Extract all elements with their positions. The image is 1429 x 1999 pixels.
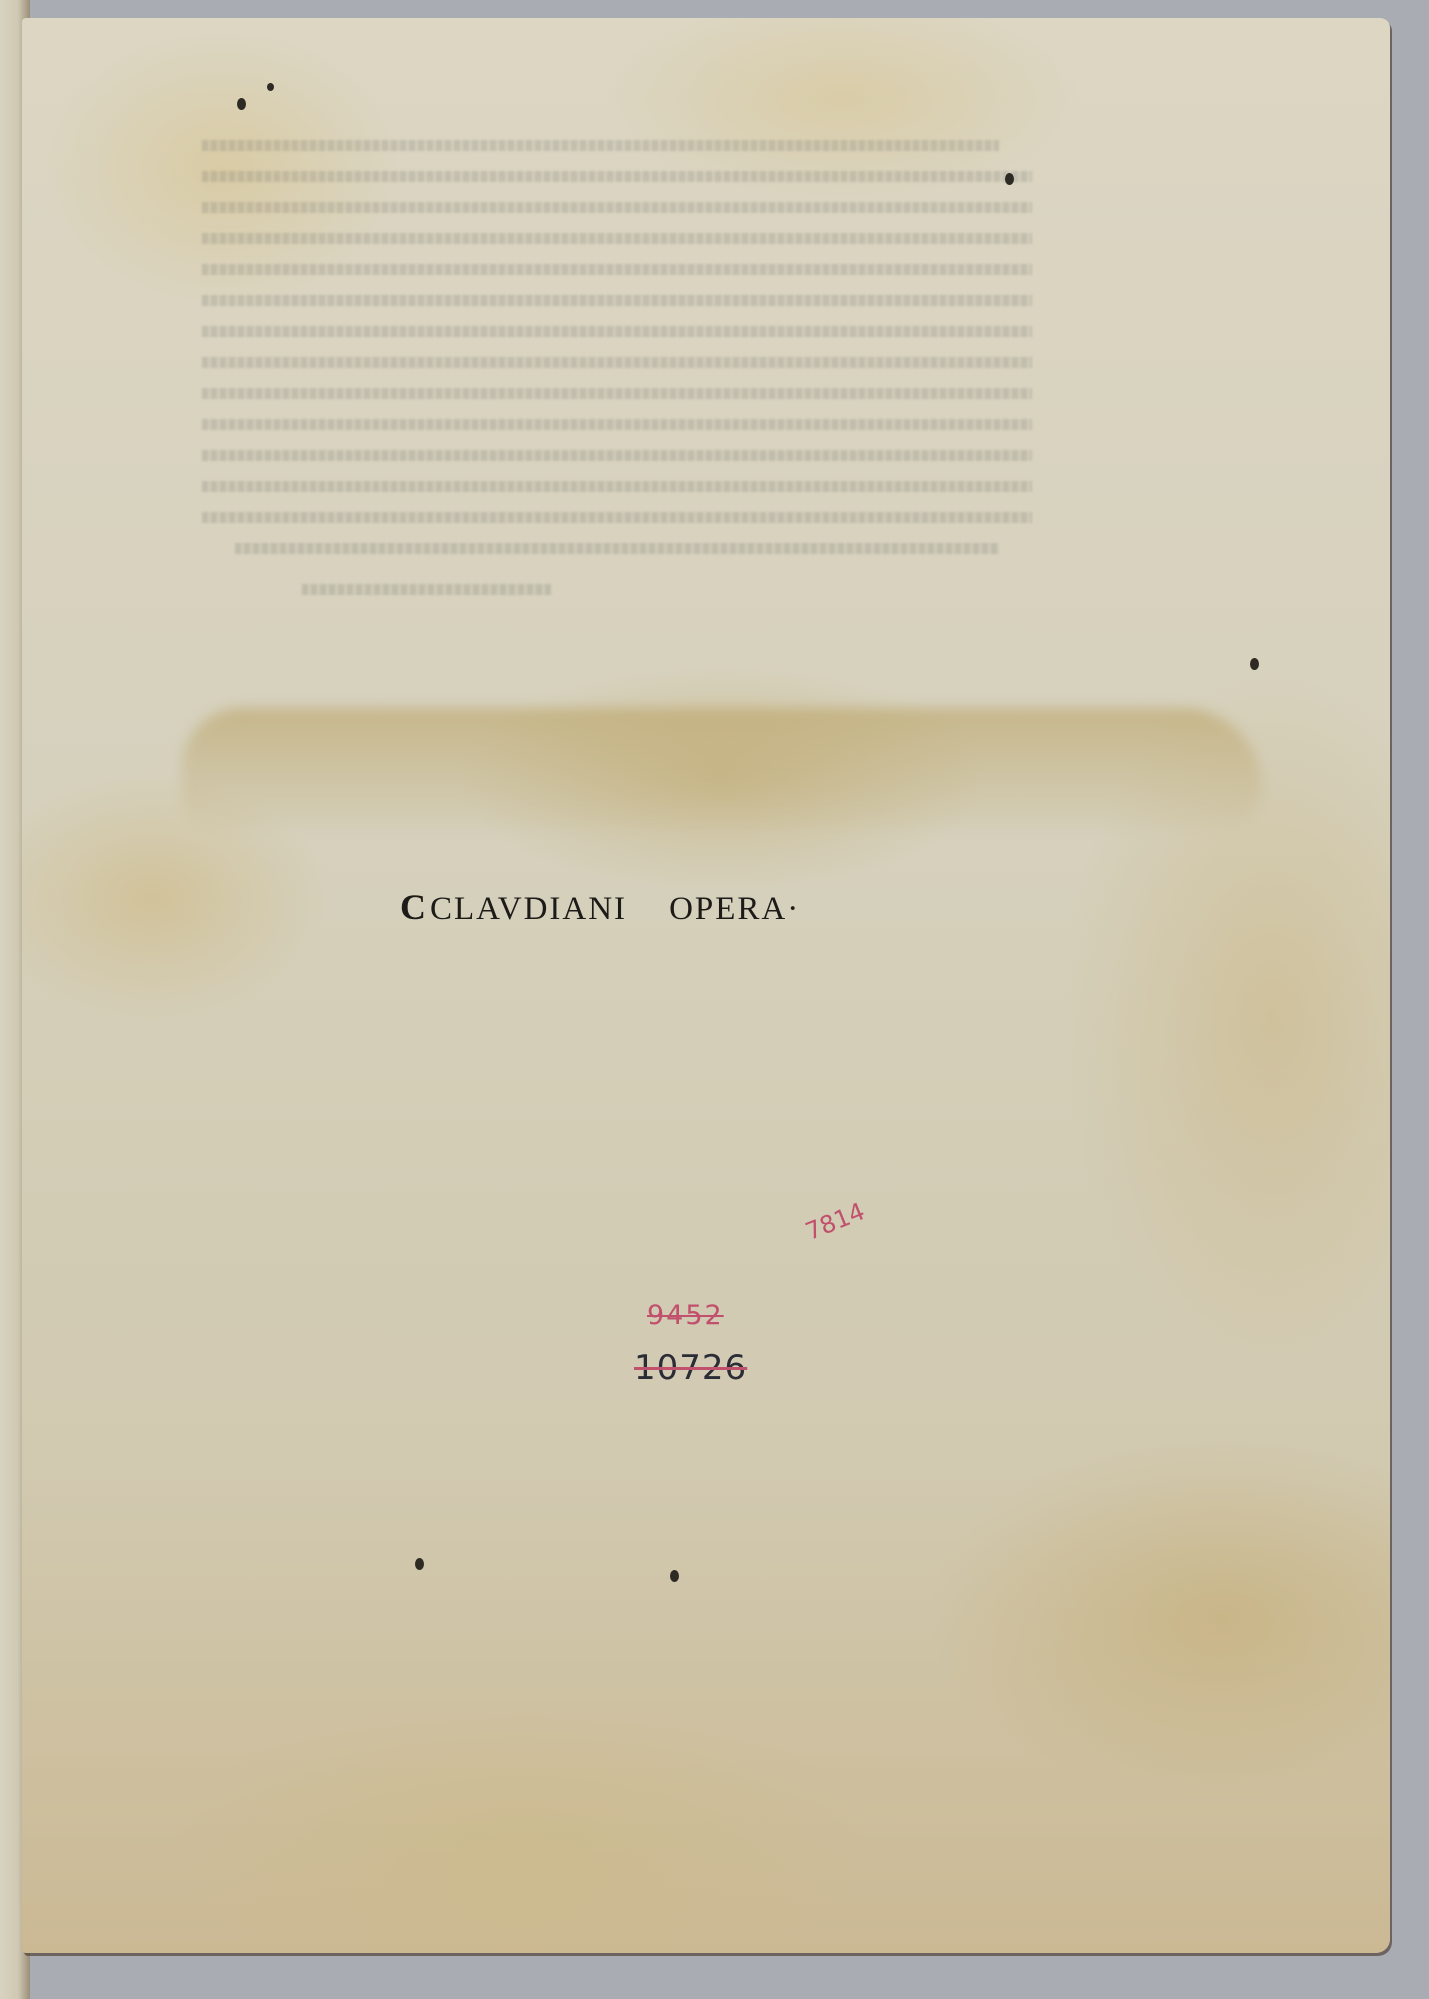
show-through-text-block: [202, 140, 1032, 615]
wormhole: [415, 1558, 424, 1570]
book-page: CCLAVDIANIOPERA· 7814 9452 10726: [22, 18, 1390, 1953]
paragraph-mark: C: [400, 887, 428, 927]
title-word-opera: OPERA·: [669, 891, 800, 927]
shelfmark-current: 7814: [802, 1197, 869, 1246]
wormhole: [237, 98, 246, 110]
wormhole: [1005, 173, 1014, 185]
shelfmark-struck-stamped: 10726: [634, 1348, 747, 1388]
title-word-claudiani: CLAVDIANI: [430, 891, 627, 927]
wormhole: [670, 1570, 679, 1582]
shelfmark-struck-red: 9452: [647, 1300, 724, 1331]
wormhole: [1250, 658, 1259, 670]
wormhole: [267, 83, 274, 91]
water-stain: [182, 708, 1262, 828]
page-title: CCLAVDIANIOPERA·: [400, 886, 800, 928]
